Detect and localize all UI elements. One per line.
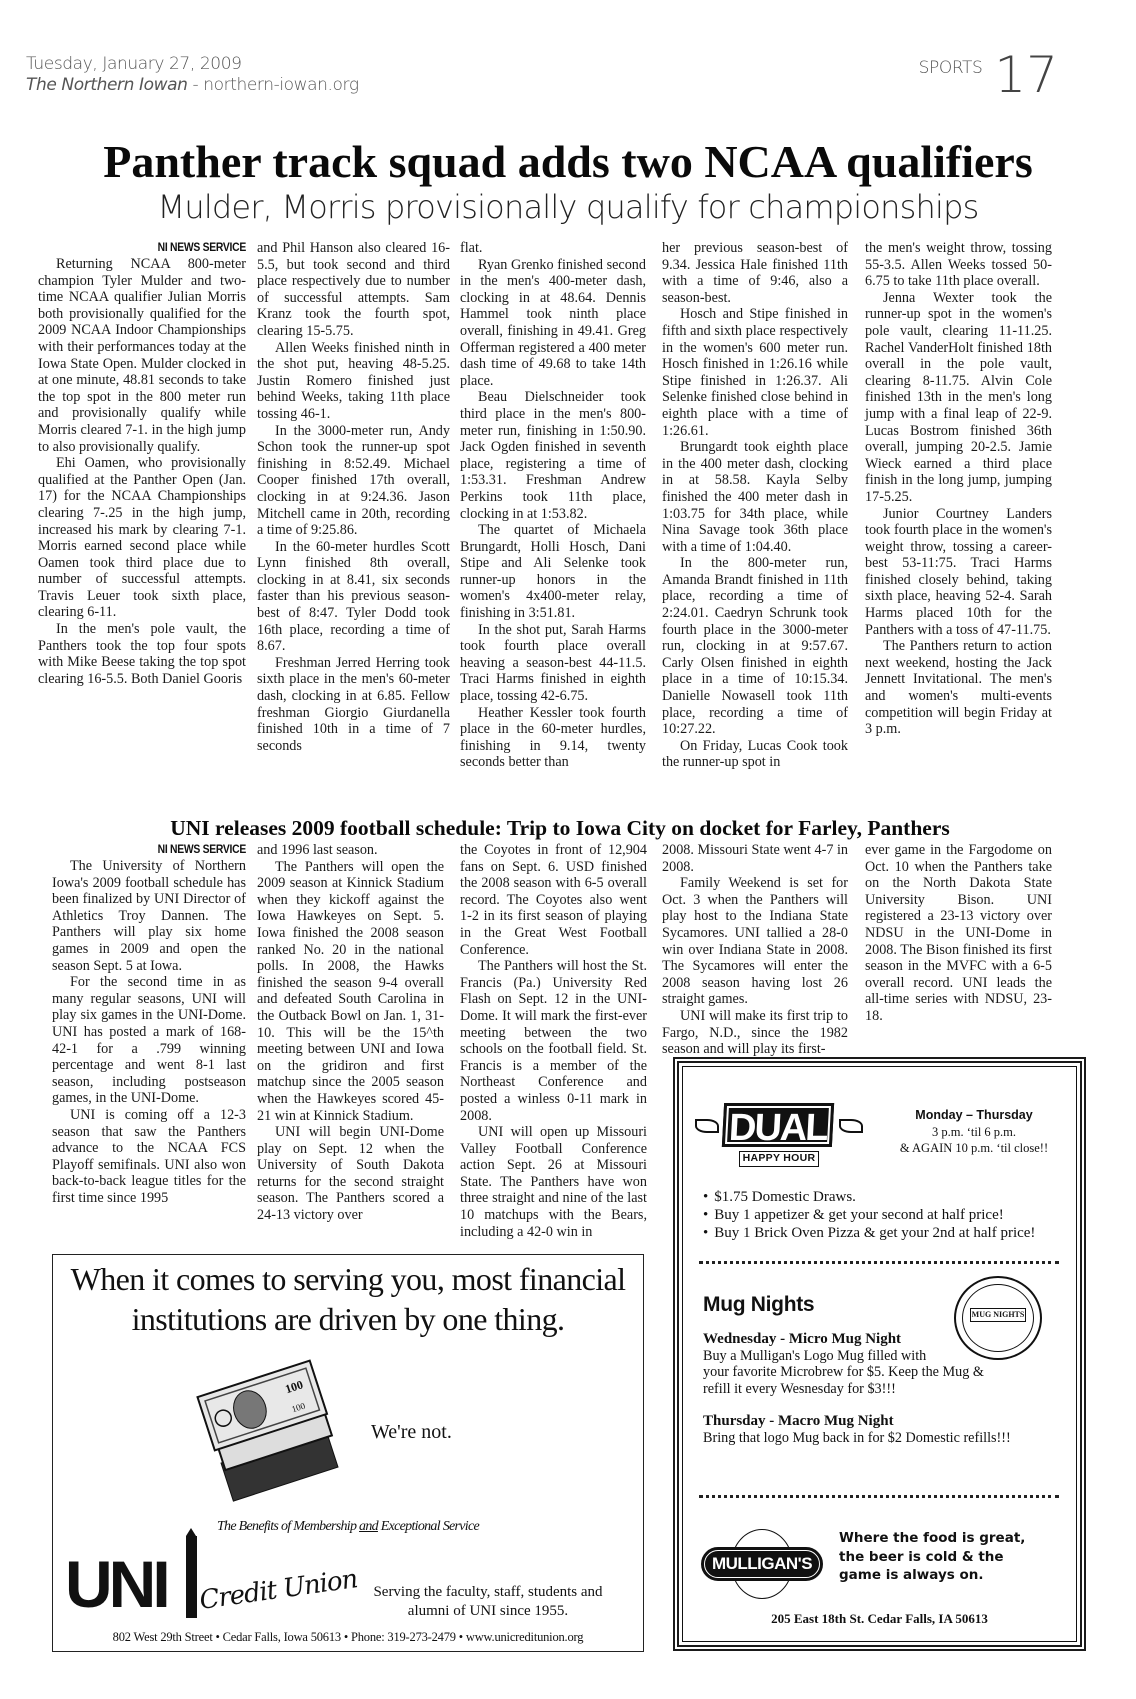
article2-column-4: 2008. Missouri State went 4-7 in 2008. F… [662,842,848,1058]
uni-logo-text: UNI [65,1551,167,1617]
tagline-emphasis: and [359,1519,378,1534]
dotted-divider [699,1495,1059,1498]
dual-happy-hour-logo: DUAL HAPPY HOUR [695,1103,865,1175]
wednesday-text: Buy a Mulligan's Logo Mug filled with [703,1348,1043,1365]
leaf-icon [839,1119,863,1133]
mug-nights-title: Mug Nights [703,1293,814,1317]
tagline-part: Exceptional Service [378,1519,479,1534]
article2-column-3: the Coyotes in front of 12,904 fans on S… [460,842,647,1240]
paragraph: UNI is coming off a 12-3 season that saw… [52,1107,246,1207]
paragraph: Beau Dielschneider took third place in t… [460,389,646,522]
paragraph: Jenna Wexter took the runner-up spot in … [865,290,1052,506]
dotted-divider [699,1261,1059,1264]
publication-name: The Northern Iowan [26,75,188,95]
ad-tagline: The Benefits of Membership and Exception… [53,1519,643,1535]
article1-column-1: NI NEWS SERVICE Returning NCAA 800-meter… [38,240,246,687]
special-item: Buy 1 Brick Oven Pizza & get your 2nd at… [703,1224,1035,1242]
article1-column-4: her previous season-best of 9.34. Jessic… [662,240,848,771]
byline: NI NEWS SERVICE [71,842,246,858]
ad-serving-text: Serving the faculty, staff, students and… [353,1583,623,1621]
paragraph: In the 3000-meter run, Andy Schon took t… [257,423,450,539]
mulligans-address: 205 East 18th St. Cedar Falls, IA 50613 [679,1611,1080,1627]
paragraph: The University of Northern Iowa's 2009 f… [52,858,246,974]
wednesday-text: refill it every Wesnesday for $3!!! [703,1381,1043,1398]
article2-column-2: and 1996 last season. The Panthers will … [257,842,444,1224]
ad-lead-line-1: When it comes to serving you, most finan… [53,1259,643,1299]
article1-column-5: the men's weight throw, tossing 55-3.5. … [865,240,1052,738]
wednesday-title: Wednesday - Micro Mug Night [703,1331,1043,1348]
mulligans-slogan: Where the food is great, the beer is col… [839,1529,1025,1585]
byline: NI NEWS SERVICE [59,240,246,256]
paragraph: and 1996 last season. [257,842,444,859]
paragraph: the Coyotes in front of 12,904 fans on S… [460,842,647,958]
paragraph: The quartet of Michaela Brungardt, Holli… [460,522,646,622]
happy-hour-label: HAPPY HOUR [739,1151,819,1167]
article2-column-5: ever game in the Fargodome on Oct. 10 wh… [865,842,1052,1025]
special-item: $1.75 Domestic Draws. [703,1188,1035,1206]
paragraph: In the 60-meter hurdles Scott Lynn finis… [257,539,450,655]
credit-union-ad: When it comes to serving you, most finan… [52,1254,644,1652]
schedule-time-1: 3 p.m. ‘til 6 p.m. [879,1124,1069,1140]
paragraph: UNI will make its first trip to Fargo, N… [662,1008,848,1058]
separator: - [188,75,204,95]
ad-lead: When it comes to serving you, most finan… [53,1259,643,1339]
wednesday-special: Wednesday - Micro Mug Night Buy a Mullig… [703,1331,1043,1397]
mulligans-logo-text: MULLIGAN'S [701,1547,823,1581]
schedule-days: Monday – Thursday [879,1107,1069,1123]
paragraph: In the 800-meter run, Amanda Brandt fini… [662,555,848,738]
issue-date: Tuesday, January 27, 2009 [26,54,359,75]
masthead-right: SPORTS 17 [919,52,1058,98]
thursday-title: Thursday - Macro Mug Night [703,1413,1043,1430]
paragraph: her previous season-best of 9.34. Jessic… [662,240,848,306]
tagline-part: The Benefits of Membership [217,1519,359,1534]
paragraph: On Friday, Lucas Cook took the runner-up… [662,738,848,771]
page-number: 17 [994,52,1058,98]
paragraph: UNI will begin UNI-Dome play on Sept. 12… [257,1124,444,1224]
thursday-special: Thursday - Macro Mug Night Bring that lo… [703,1413,1043,1446]
paragraph: and Phil Hanson also cleared 16-5.5, but… [257,240,450,340]
paragraph: ever game in the Fargodome on Oct. 10 wh… [865,842,1052,1025]
masthead-left: Tuesday, January 27, 2009 The Northern I… [26,54,359,96]
specials-list: $1.75 Domestic Draws. Buy 1 appetizer & … [703,1188,1035,1242]
paragraph: Family Weekend is set for Oct. 3 when th… [662,875,848,1008]
article1-column-2: and Phil Hanson also cleared 16-5.5, but… [257,240,450,754]
paragraph: In the shot put, Sarah Harms took fourth… [460,622,646,705]
leaf-icon [695,1119,719,1133]
paragraph: Ehi Oamen, who provisionally qualified a… [38,455,246,621]
mulligans-ad: DUAL HAPPY HOUR Monday – Thursday 3 p.m.… [673,1057,1086,1651]
paragraph: flat. [460,240,646,257]
campanile-tower-icon [186,1536,197,1618]
dual-word: DUAL [722,1103,834,1147]
money-stack-icon: 100 100 [195,1355,355,1515]
paragraph: Allen Weeks finished ninth in the shot p… [257,340,450,423]
thursday-text: Bring that logo Mug back in for $2 Domes… [703,1430,1043,1447]
paragraph: In the men's pole vault, the Panthers to… [38,621,246,687]
ad-lead-line-2: institutions are driven by one thing. [53,1299,643,1339]
paragraph: The Panthers return to action next weeke… [865,638,1052,738]
serving-line-2: alumni of UNI since 1955. [353,1602,623,1621]
paragraph: The Panthers will host the St. Francis (… [460,958,647,1124]
ad-address: 802 West 29th Street • Cedar Falls, Iowa… [53,1630,643,1645]
slogan-line: game is always on. [839,1566,1025,1585]
publication-line: The Northern Iowan - northern-iowan.org [26,75,359,96]
article1-headline: Panther track squad adds two NCAA qualif… [0,136,1136,188]
article1-subhead: Mulder, Morris provisionally qualify for… [0,188,1136,226]
paragraph: Ryan Grenko finished second in the men's… [460,257,646,390]
happy-hour-schedule: Monday – Thursday 3 p.m. ‘til 6 p.m. & A… [879,1107,1069,1156]
website: northern-iowan.org [203,75,358,95]
article2-headline: UNI releases 2009 football schedule: Tri… [30,816,1090,840]
paragraph: the men's weight throw, tossing 55-3.5. … [865,240,1052,290]
credit-union-script: Credit Union [198,1564,359,1616]
paragraph: Heather Kessler took fourth place in the… [460,705,646,771]
mug-logo-label: MUG NIGHTS [970,1308,1026,1322]
paragraph: Hosch and Stipe finished in fifth and si… [662,306,848,439]
paragraph: Returning NCAA 800-meter champion Tyler … [38,256,246,455]
section-name: SPORTS [919,58,983,78]
article1-column-3: flat. Ryan Grenko finished second in the… [460,240,646,771]
serving-line-1: Serving the faculty, staff, students and [353,1583,623,1602]
slogan-line: Where the food is great, [839,1529,1025,1548]
schedule-time-2: & AGAIN 10 p.m. ‘til close!! [879,1140,1069,1156]
wednesday-text: your favorite Microbrew for $5. Keep the… [703,1364,1043,1381]
paragraph: UNI will open up Missouri Valley Footbal… [460,1124,647,1240]
slogan-line: the beer is cold & the [839,1548,1025,1567]
paragraph: The Panthers will open the 2009 season a… [257,859,444,1125]
ad-punchline: We're not. [371,1421,452,1444]
paragraph: Freshman Jerred Herring took sixth place… [257,655,450,755]
mulligans-logo: MULLIGAN'S [701,1529,823,1599]
paragraph: For the second time in as many regular s… [52,974,246,1107]
paragraph: Junior Courtney Landers took fourth plac… [865,506,1052,639]
paragraph: 2008. Missouri State went 4-7 in 2008. [662,842,848,875]
paragraph: Brungardt took eighth place in the 400 m… [662,439,848,555]
special-item: Buy 1 appetizer & get your second at hal… [703,1206,1035,1224]
article2-column-1: NI NEWS SERVICE The University of Northe… [52,842,246,1206]
